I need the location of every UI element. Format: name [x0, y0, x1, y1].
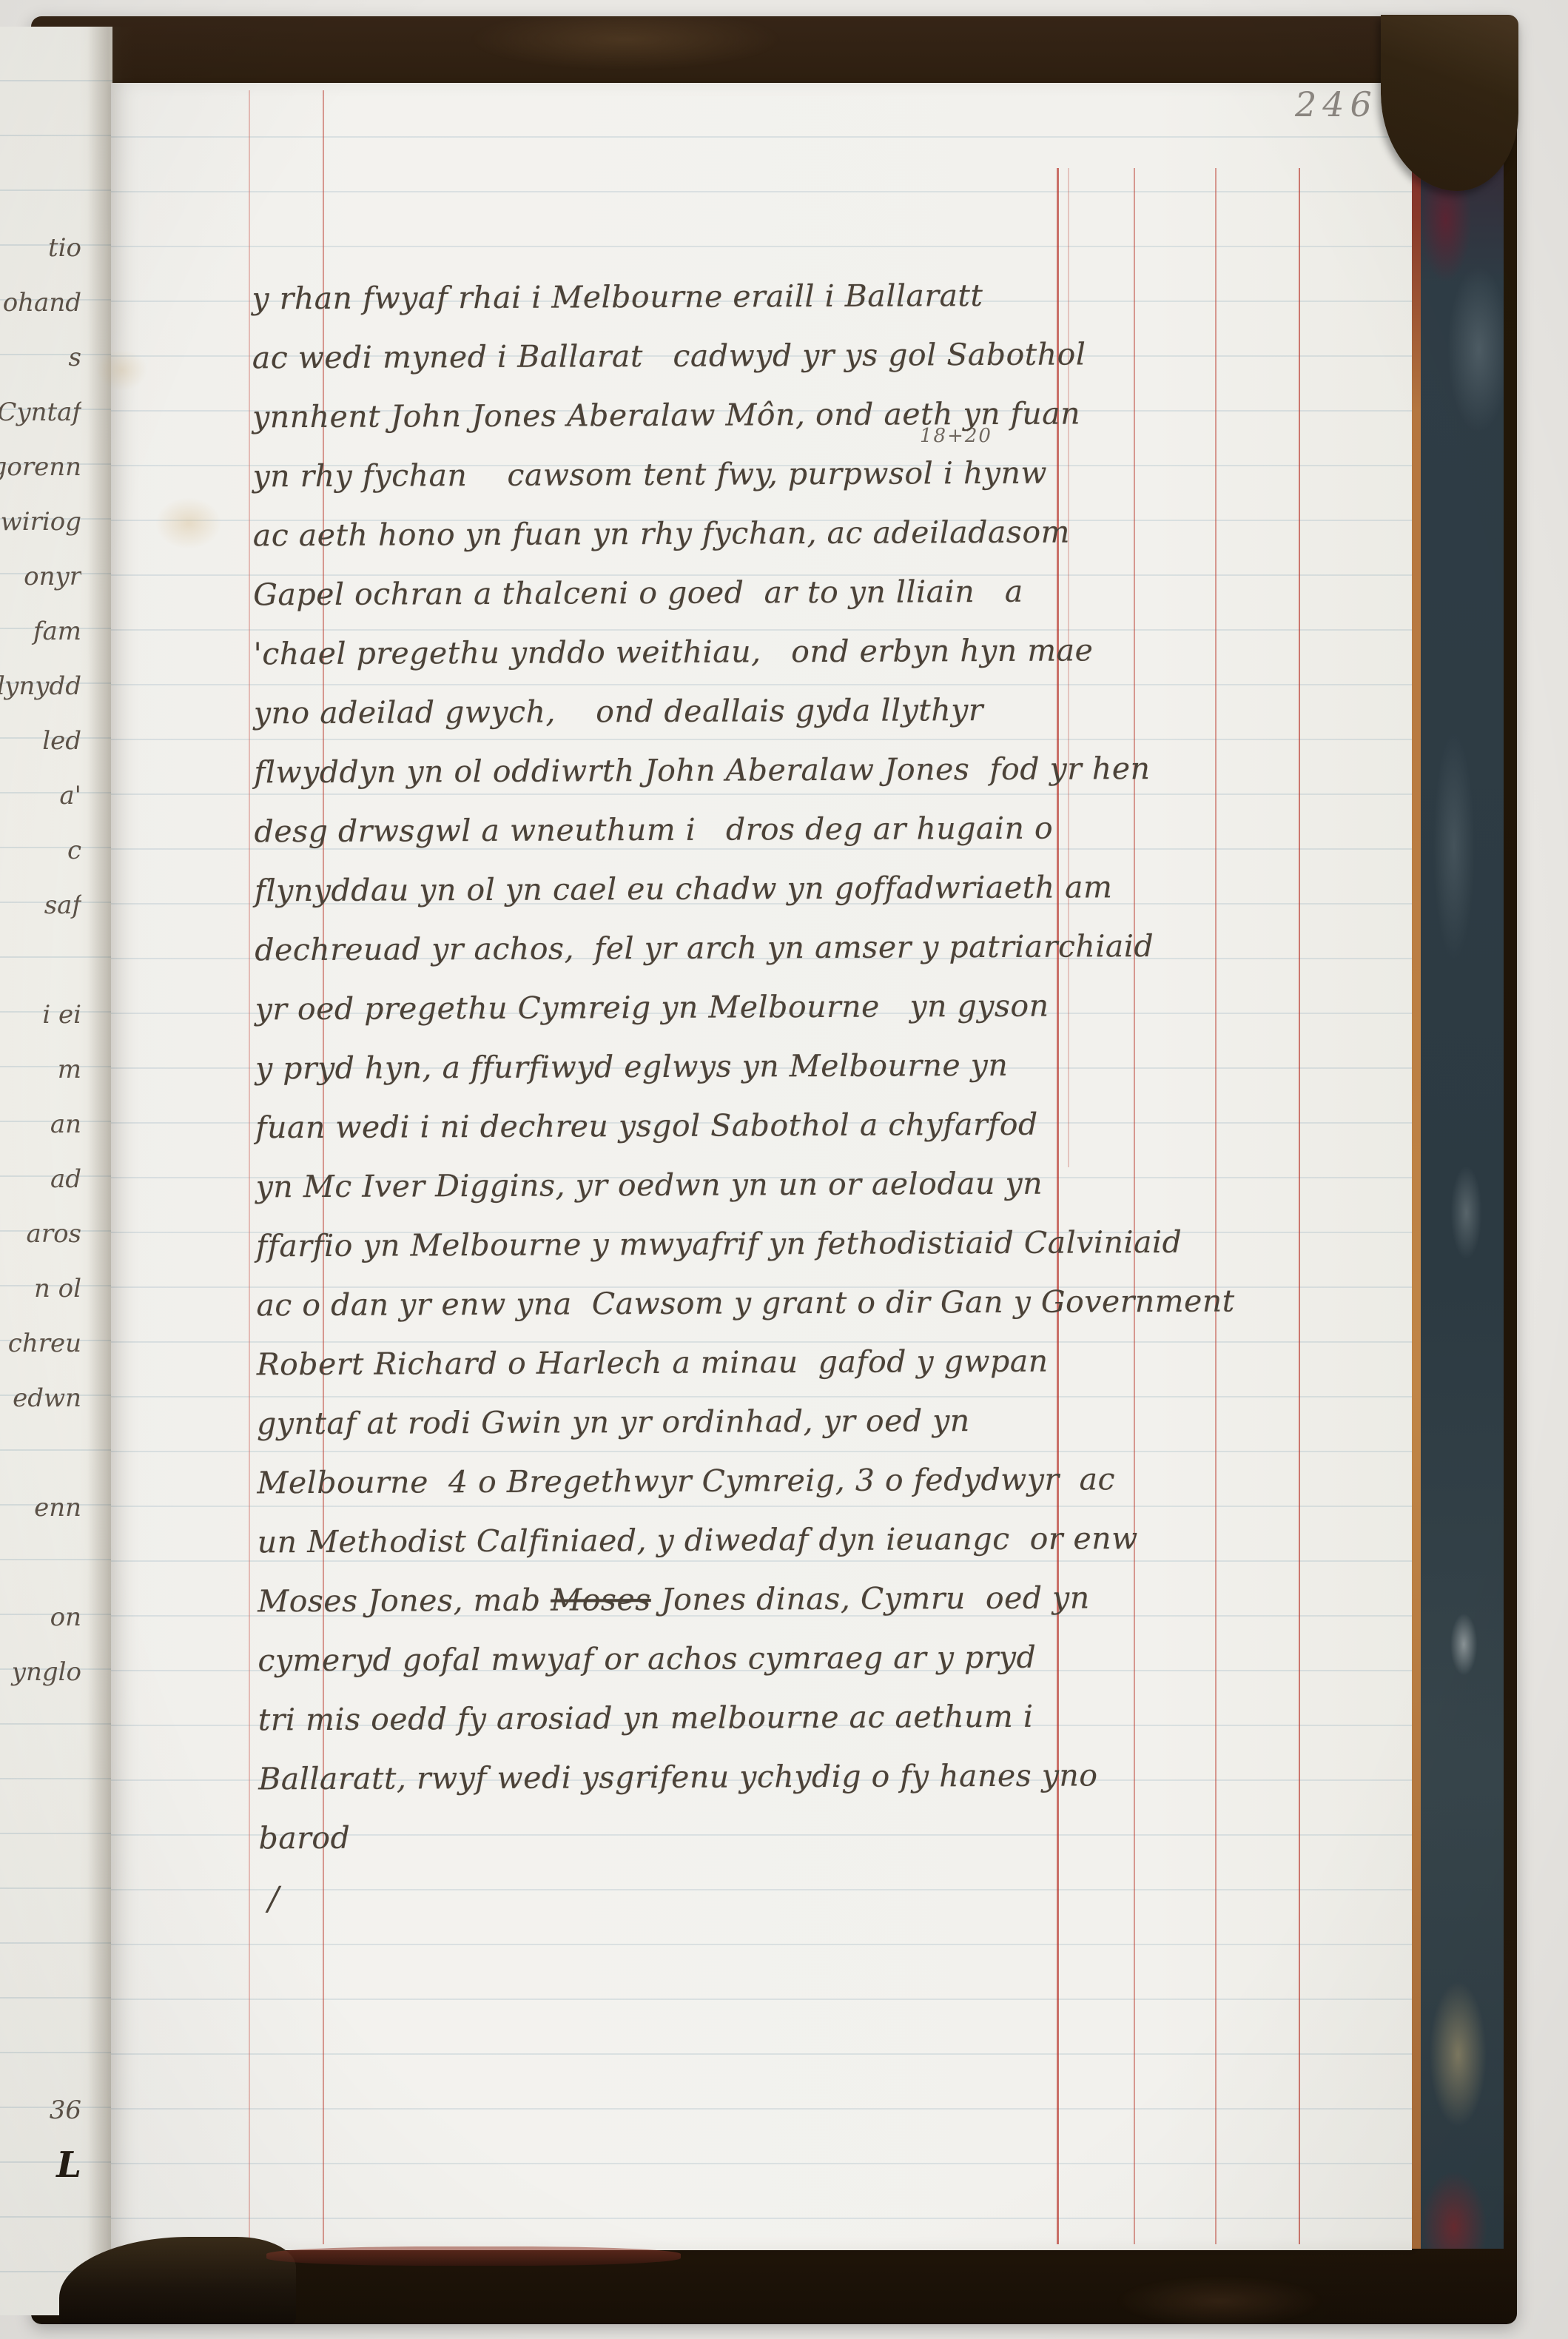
paper-stain [96, 349, 148, 391]
manuscript-line: Melbourne 4 o Bregethwyr Cymreig, 3 o fe… [257, 1449, 1396, 1513]
left-page-text-fragment: 36 [0, 2083, 81, 2138]
left-page-text-fragment: ad [0, 1152, 81, 1207]
manuscript-line: Ballaratt, rwyf wedi ysgrifenu ychydig o… [258, 1745, 1398, 1809]
manuscript-line: yno adeilad gwych, ond deallais gyda lly… [254, 679, 1393, 743]
manuscript-line: Gapel ochran a thalceni o goed ar to yn … [253, 560, 1393, 625]
manuscript-line: y rhan fwyaf rhai i Melbourne eraill i B… [252, 264, 1391, 329]
left-page-text-fragment: led [0, 714, 81, 768]
left-page-text-fragment: ynglo [0, 1645, 81, 1699]
page-bottom-red-edge [266, 2246, 681, 2266]
manuscript-line: barod [258, 1804, 1398, 1868]
left-page-text-fragment: saf [0, 878, 81, 933]
marbled-board-edge [1421, 90, 1504, 2249]
manuscript-line: yr oed pregethu Cymreig yn Melbourne yn … [255, 975, 1394, 1039]
manuscript-line: Robert Richard o Harlech a minau gafod y… [257, 1330, 1396, 1395]
left-page-text-fragment: onyr [0, 549, 81, 604]
left-page-text-fragment: enn [0, 1480, 81, 1535]
manuscript-line: cymeryd gofal mwyaf or achos cymraeg ar … [258, 1626, 1397, 1691]
left-page-text-fragment: s [0, 330, 81, 385]
manuscript-line: flynyddau yn ol yn cael eu chadw yn goff… [255, 856, 1394, 921]
left-page-text-fragment: an [0, 1097, 81, 1152]
manuscript-line: yn rhy fychan cawsom tent fwy, purpwsol … [252, 442, 1392, 506]
left-page-fragments: tioohandsCyntafgorennwiriogonyrfamflynyd… [0, 221, 87, 2293]
left-page-text-fragment: c [0, 823, 81, 878]
manuscript-line: ac aeth hono yn fuan yn rhy fychan, ac a… [253, 501, 1393, 566]
stray-ink-mark: / [268, 1880, 279, 1918]
page-number: 246 [1295, 84, 1378, 124]
manuscript-line: fuan wedi i ni dechreu ysgol Sabothol a … [255, 1093, 1395, 1158]
left-page-text-fragment: aros [0, 1207, 81, 1261]
left-page-text-fragment: tio [0, 221, 81, 275]
left-page-text-fragment: wiriog [0, 494, 81, 549]
page-edge-strip [1412, 87, 1421, 2249]
photo-of-manuscript: { "page": { "number": "246", "superscrip… [0, 0, 1568, 2339]
red-margin-line [249, 90, 250, 2244]
manuscript-line: 'chael pregethu ynddo weithiau, ond erby… [253, 620, 1393, 684]
left-page-text-fragment: Cyntaf [0, 385, 81, 440]
manuscript-text: y rhan fwyaf rhai i Melbourne eraill i B… [252, 264, 1398, 1868]
left-page-text-fragment: L [0, 2138, 81, 2192]
manuscript-line: Moses Jones, mab Moses Jones dinas, Cymr… [258, 1567, 1397, 1631]
manuscript-line: flwyddyn yn ol oddiwrth John Aberalaw Jo… [254, 738, 1393, 802]
manuscript-line: y pryd hyn, a ffurfiwyd eglwys yn Melbou… [255, 1034, 1395, 1098]
left-page-text-fragment: m [0, 1042, 81, 1097]
paper-stain [155, 497, 222, 549]
manuscript-line: ffarfio yn Melbourne y mwyafrif yn fetho… [256, 1212, 1396, 1276]
manuscript-line: dechreuad yr achos, fel yr arch yn amser… [255, 916, 1394, 980]
left-page-text-fragment: i ei [0, 987, 81, 1042]
manuscript-line: yn Mc Iver Diggins, yr oedwn yn un or ae… [256, 1152, 1396, 1217]
manuscript-line: gyntaf at rodi Gwin yn yr ordinhad, yr o… [257, 1389, 1396, 1454]
left-page-text-fragment: on [0, 1590, 81, 1645]
manuscript-line: ynnhent John Jones Aberalaw Môn, ond aet… [252, 383, 1392, 447]
left-page-text-fragment: flynydd [0, 659, 81, 714]
left-page-text-fragment: fam [0, 604, 81, 659]
left-page-text-fragment: n ol [0, 1261, 81, 1316]
manuscript-line: tri mis oedd fy arosiad yn melbourne ac … [258, 1685, 1398, 1750]
left-page-text-fragment: edwn [0, 1371, 81, 1426]
manuscript-line: un Methodist Calfiniaed, y diwedaf dyn i… [258, 1508, 1397, 1572]
manuscript-line: ac o dan yr enw yna Cawsom y grant o dir… [256, 1271, 1396, 1335]
left-page-text-fragment: ohand [0, 275, 81, 330]
manuscript-line: desg drwsgwl a wneuthum i dros deg ar hu… [254, 797, 1393, 862]
left-page-text-fragment: chreu [0, 1316, 81, 1371]
manuscript-line: ac wedi myned i Ballarat cadwyd yr ys go… [252, 323, 1392, 388]
left-page-text-fragment: 'a [0, 768, 81, 823]
manuscript-page: 246 18+20 y rhan fwyaf rhai i Melbourne … [111, 83, 1412, 2250]
left-page-text-fragment: gorenn [0, 440, 81, 494]
